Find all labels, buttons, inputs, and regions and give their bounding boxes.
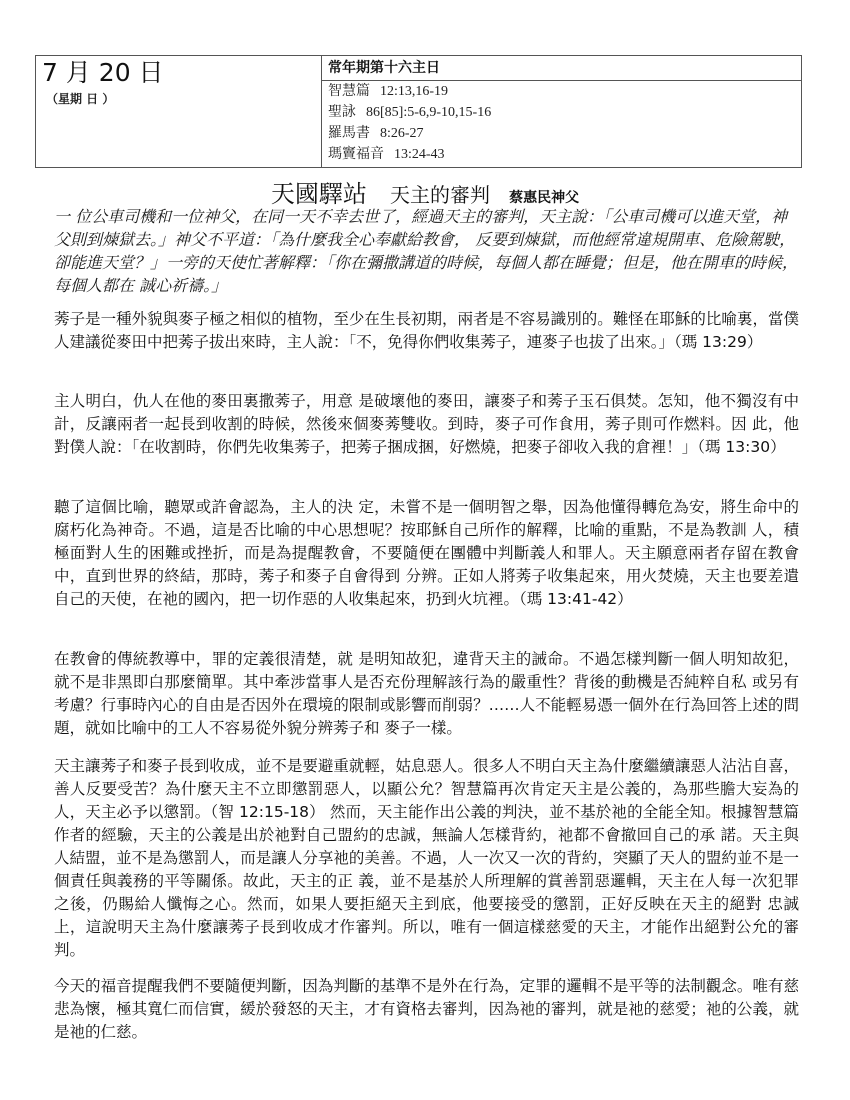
reading-ref: 86[85]:5-6,9-10,15-16 [366,105,491,120]
reading-book: 羅馬書 [328,126,370,141]
header-table: 7 月 20 日 （星期 日 ） 常年期第十六主日 智慧篇12:13,16-19… [35,55,802,168]
reading-3: 羅馬書8:26-27 [322,123,801,144]
reading-ref: 13:24-43 [394,147,445,162]
paragraph-2: 主人明白，仇人在他的麥田裏撒莠子，用意 是破壞他的麥田，讓麥子和莠子玉石俱焚。怎… [54,390,799,459]
author: 蔡惠民神父 [509,190,579,206]
liturgy-cell: 常年期第十六主日 智慧篇12:13,16-19 聖詠86[85]:5-6,9-1… [322,56,801,167]
reading-book: 智慧篇 [328,84,370,99]
paragraph-4: 在教會的傳統教導中，罪的定義很清楚，就 是明知故犯，違背天主的誡命。不過怎樣判斷… [54,648,799,740]
paragraph-5: 天主讓莠子和麥子長到收成，並不是要避重就輕，姑息惡人。很多人不明白天主為什麼繼續… [54,755,799,962]
weekday: （星期 日 ） [46,90,114,107]
paragraph-1: 莠子是一種外貌與麥子極之相似的植物，至少在生長初期，兩者是不容易識別的。難怪在耶… [54,308,799,354]
column-name: 天國驛站 [271,180,367,208]
reading-book: 瑪竇福音 [328,147,384,162]
reading-ref: 12:13,16-19 [380,84,448,99]
reading-4: 瑪竇福音13:24-43 [322,144,801,165]
liturgical-day: 常年期第十六主日 [322,56,801,81]
article-title: 天國驛站 天主的審判 蔡惠民神父 [0,174,850,209]
date-cell: 7 月 20 日 （星期 日 ） [36,56,322,167]
paragraph-6: 今天的福音提醒我們不要隨便判斷，因為判斷的基準不是外在行為，定罪的邏輯不是平等的… [54,975,799,1044]
reading-ref: 8:26-27 [380,126,424,141]
reading-book: 聖詠 [328,105,356,120]
reading-1: 智慧篇12:13,16-19 [322,81,801,102]
reading-2: 聖詠86[85]:5-6,9-10,15-16 [322,102,801,123]
date: 7 月 20 日 [42,58,164,88]
paragraph-3: 聽了這個比喻，聽眾或許會認為，主人的決 定，未嘗不是一個明智之舉，因為他懂得轉危… [54,496,799,611]
headline: 天主的審判 [390,183,490,207]
intro-anecdote: 一 位公車司機和一位神父，在同一天不幸去世了，經過天主的審判，天主說：「公車司機… [54,205,799,297]
